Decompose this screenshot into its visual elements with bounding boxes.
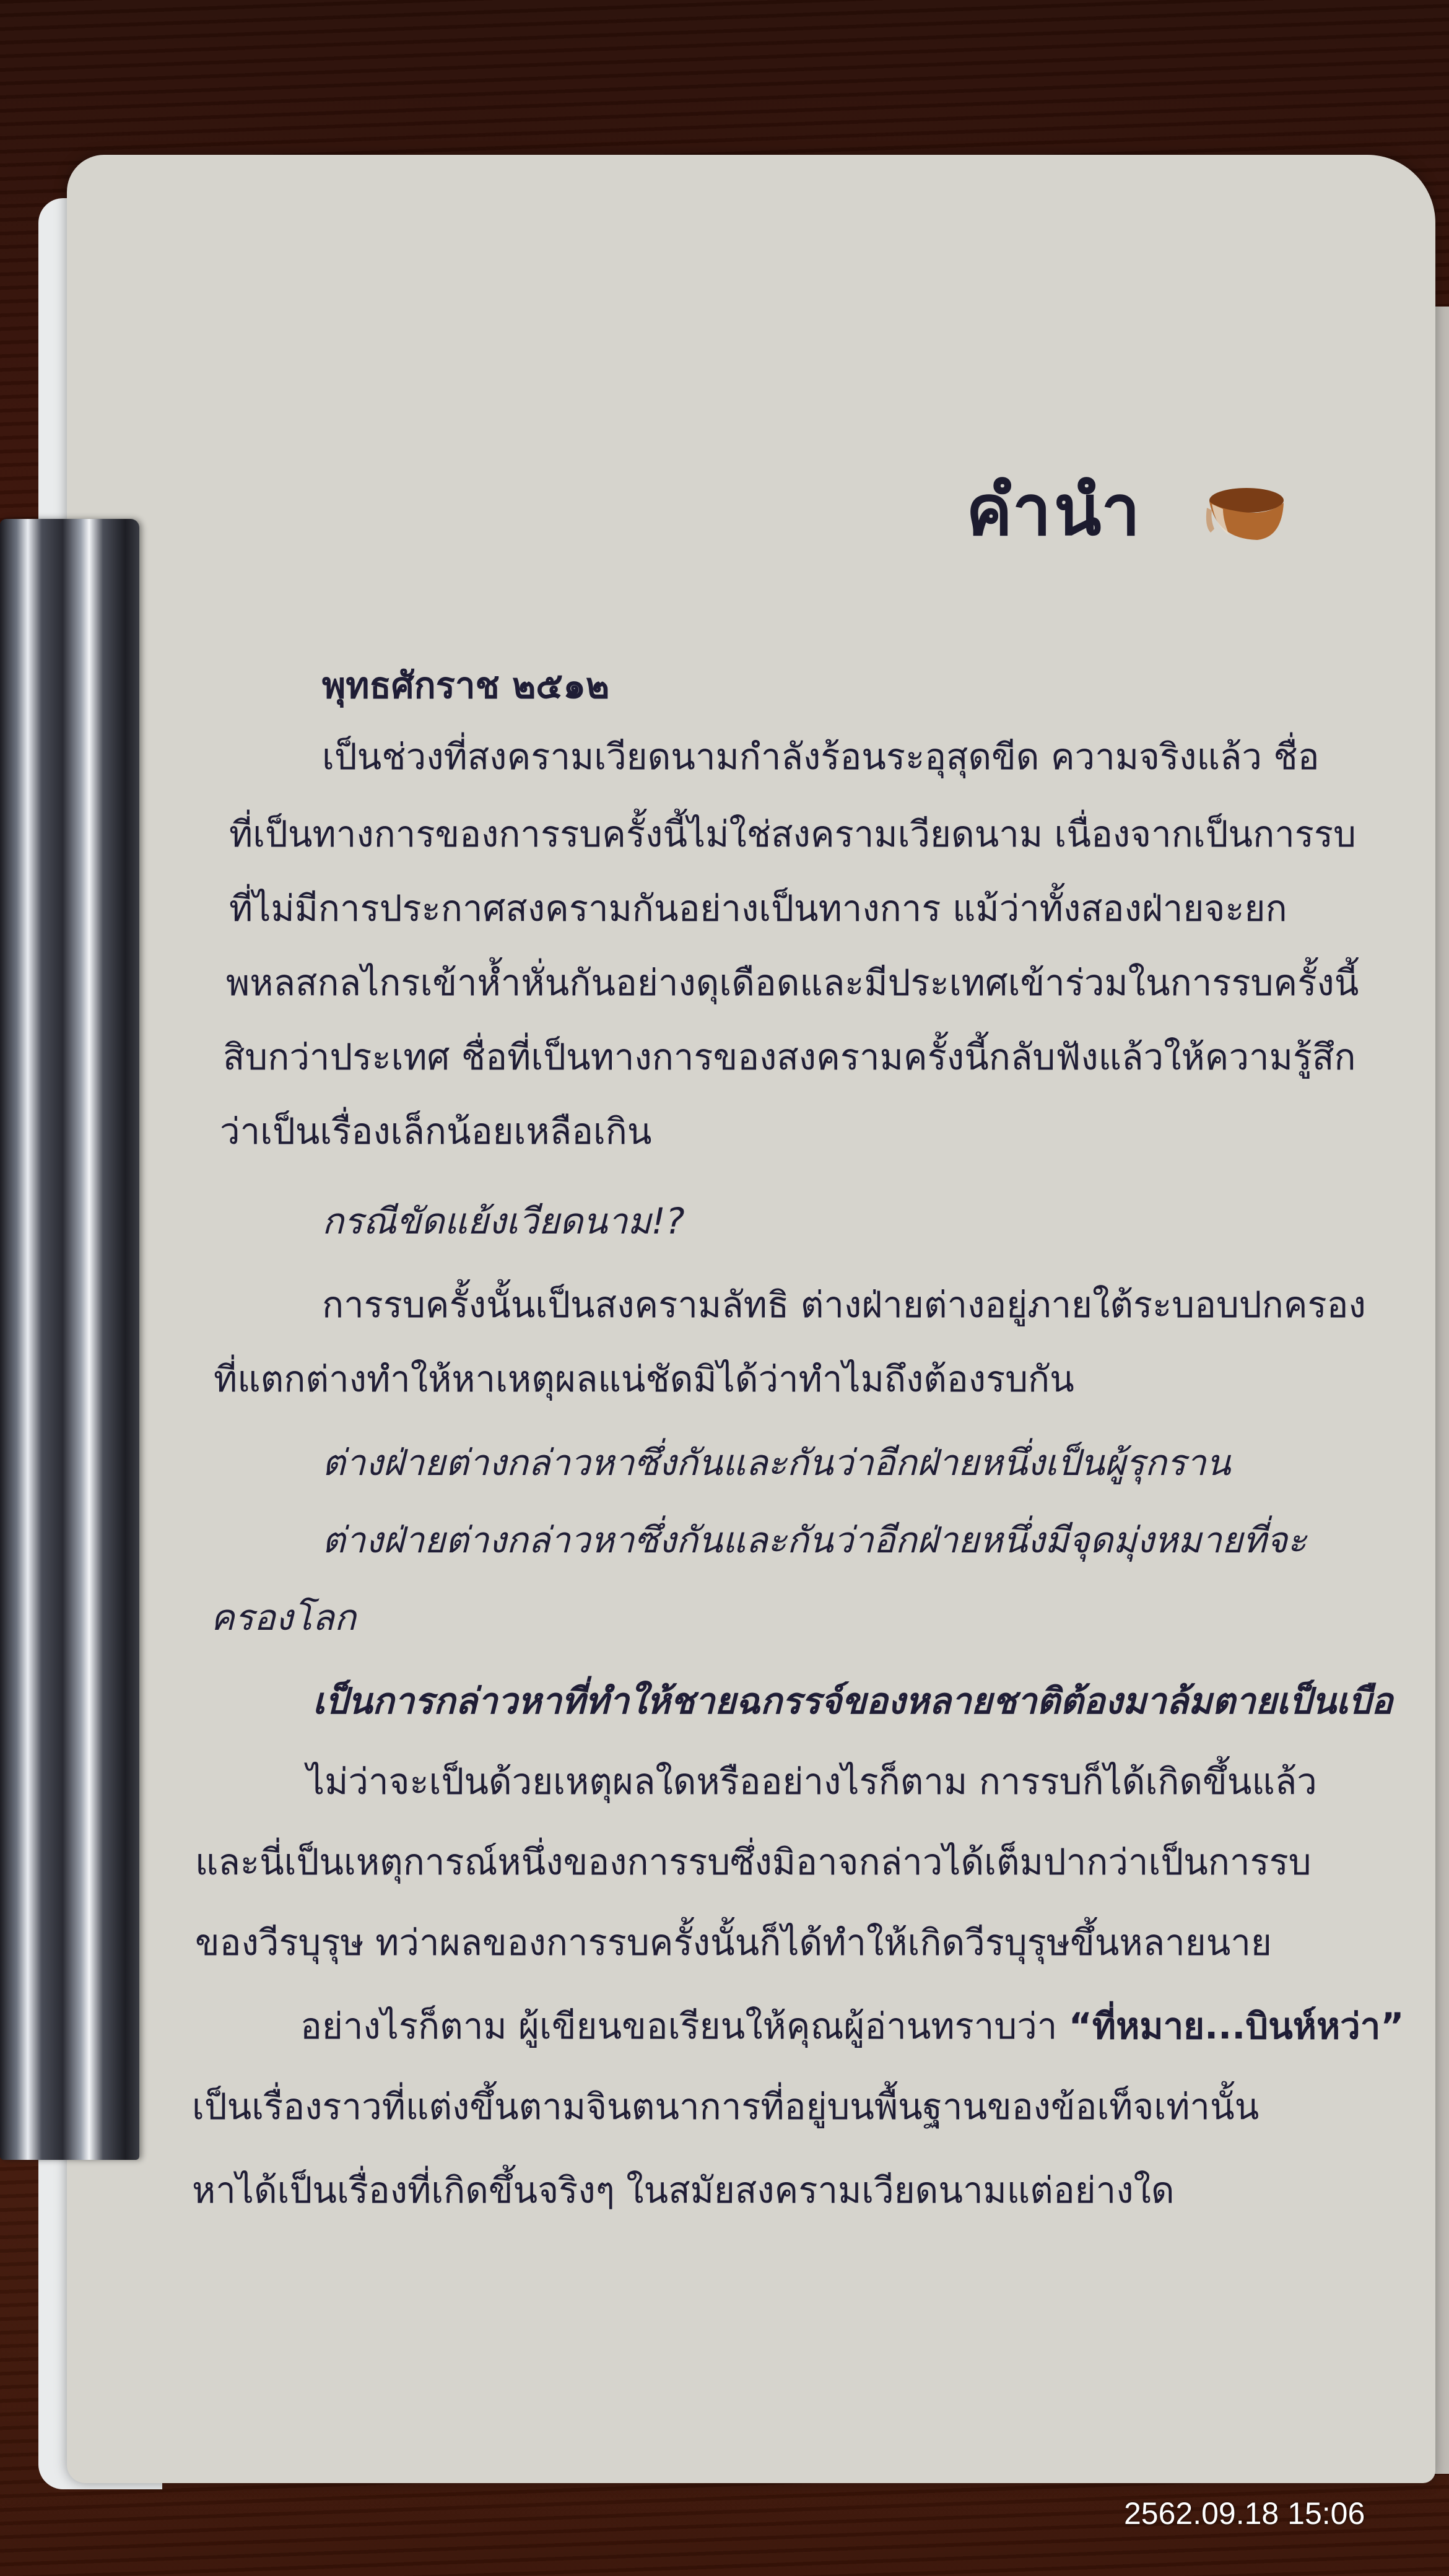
- page-title: คำนำ: [966, 455, 1142, 565]
- paragraph-line-italic: ต่างฝ่ายต่างกล่าวหาซึ่งกันและกันว่าอีกฝ่…: [322, 1511, 1307, 1569]
- paragraph-line-italic: ครองโลก: [211, 1588, 356, 1646]
- paragraph-line: สิบกว่าประเทศ ชื่อที่เป็นทางการของสงคราม…: [223, 1028, 1356, 1086]
- paragraph-line: และนี่เป็นเหตุการณ์หนึ่งของการรบซึ่งมิอา…: [195, 1833, 1312, 1891]
- emphasis-line: เป็นการกล่าวหาที่ทำให้ชายฉกรรจ์ของหลายชา…: [313, 1672, 1393, 1730]
- camera-timestamp: 2562.09.18 15:06: [1124, 2495, 1365, 2531]
- book-title-quote: “ที่หมาย...บินห์หว่า”: [1069, 2005, 1404, 2047]
- paragraph-line: เป็นช่วงที่สงครามเวียดนามกำลังร้อนระอุสุ…: [322, 728, 1320, 785]
- paragraph-line: เป็นเรื่องราวที่แต่งขึ้นตามจินตนาการที่อ…: [192, 2078, 1259, 2135]
- paragraph-line: หาได้เป็นเรื่องที่เกิดขึ้นจริงๆ ในสมัยสง…: [192, 2161, 1175, 2219]
- paragraph-line: พหลสกลไกรเข้าห้ำหั่นกันอย่างดุเดือดและมี…: [226, 954, 1359, 1011]
- paragraph-line: ที่แตกต่างทำให้หาเหตุผลแน่ชัดมิได้ว่าทำไ…: [214, 1350, 1074, 1408]
- coconut-shell-bowl-icon: [1198, 483, 1285, 545]
- paragraph-line: ไม่ว่าจะเป็นด้วยเหตุผลใดหรืออย่างไรก็ตาม…: [307, 1752, 1317, 1810]
- era-heading: พุทธศักราช ๒๕๑๒: [322, 656, 609, 714]
- paragraph-line-italic: กรณีขัดแย้งเวียดนาม!?: [322, 1192, 685, 1250]
- paragraph-line-text: อย่างไรก็ตาม ผู้เขียนขอเรียนให้คุณผู้อ่า…: [300, 2005, 1069, 2047]
- paragraph-line-italic: ต่างฝ่ายต่างกล่าวหาซึ่งกันและกันว่าอีกฝ่…: [322, 1434, 1230, 1491]
- paragraph-line: อย่างไรก็ตาม ผู้เขียนขอเรียนให้คุณผู้อ่า…: [300, 1997, 1404, 2055]
- paragraph-line: ที่เป็นทางการของการรบครั้งนี้ไม่ใช่สงครา…: [229, 805, 1356, 863]
- binder-clip: [0, 519, 139, 2160]
- paragraph-line: ว่าเป็นเรื่องเล็กน้อยเหลือเกิน: [220, 1102, 652, 1160]
- paragraph-line: ที่ไม่มีการประกาศสงครามกันอย่างเป็นทางกา…: [229, 879, 1287, 937]
- paragraph-line: การรบครั้งนั้นเป็นสงครามลัทธิ ต่างฝ่ายต่…: [322, 1276, 1366, 1333]
- paragraph-line: ของวีรบุรุษ ทว่าผลของการรบครั้งนั้นก็ได้…: [195, 1913, 1272, 1971]
